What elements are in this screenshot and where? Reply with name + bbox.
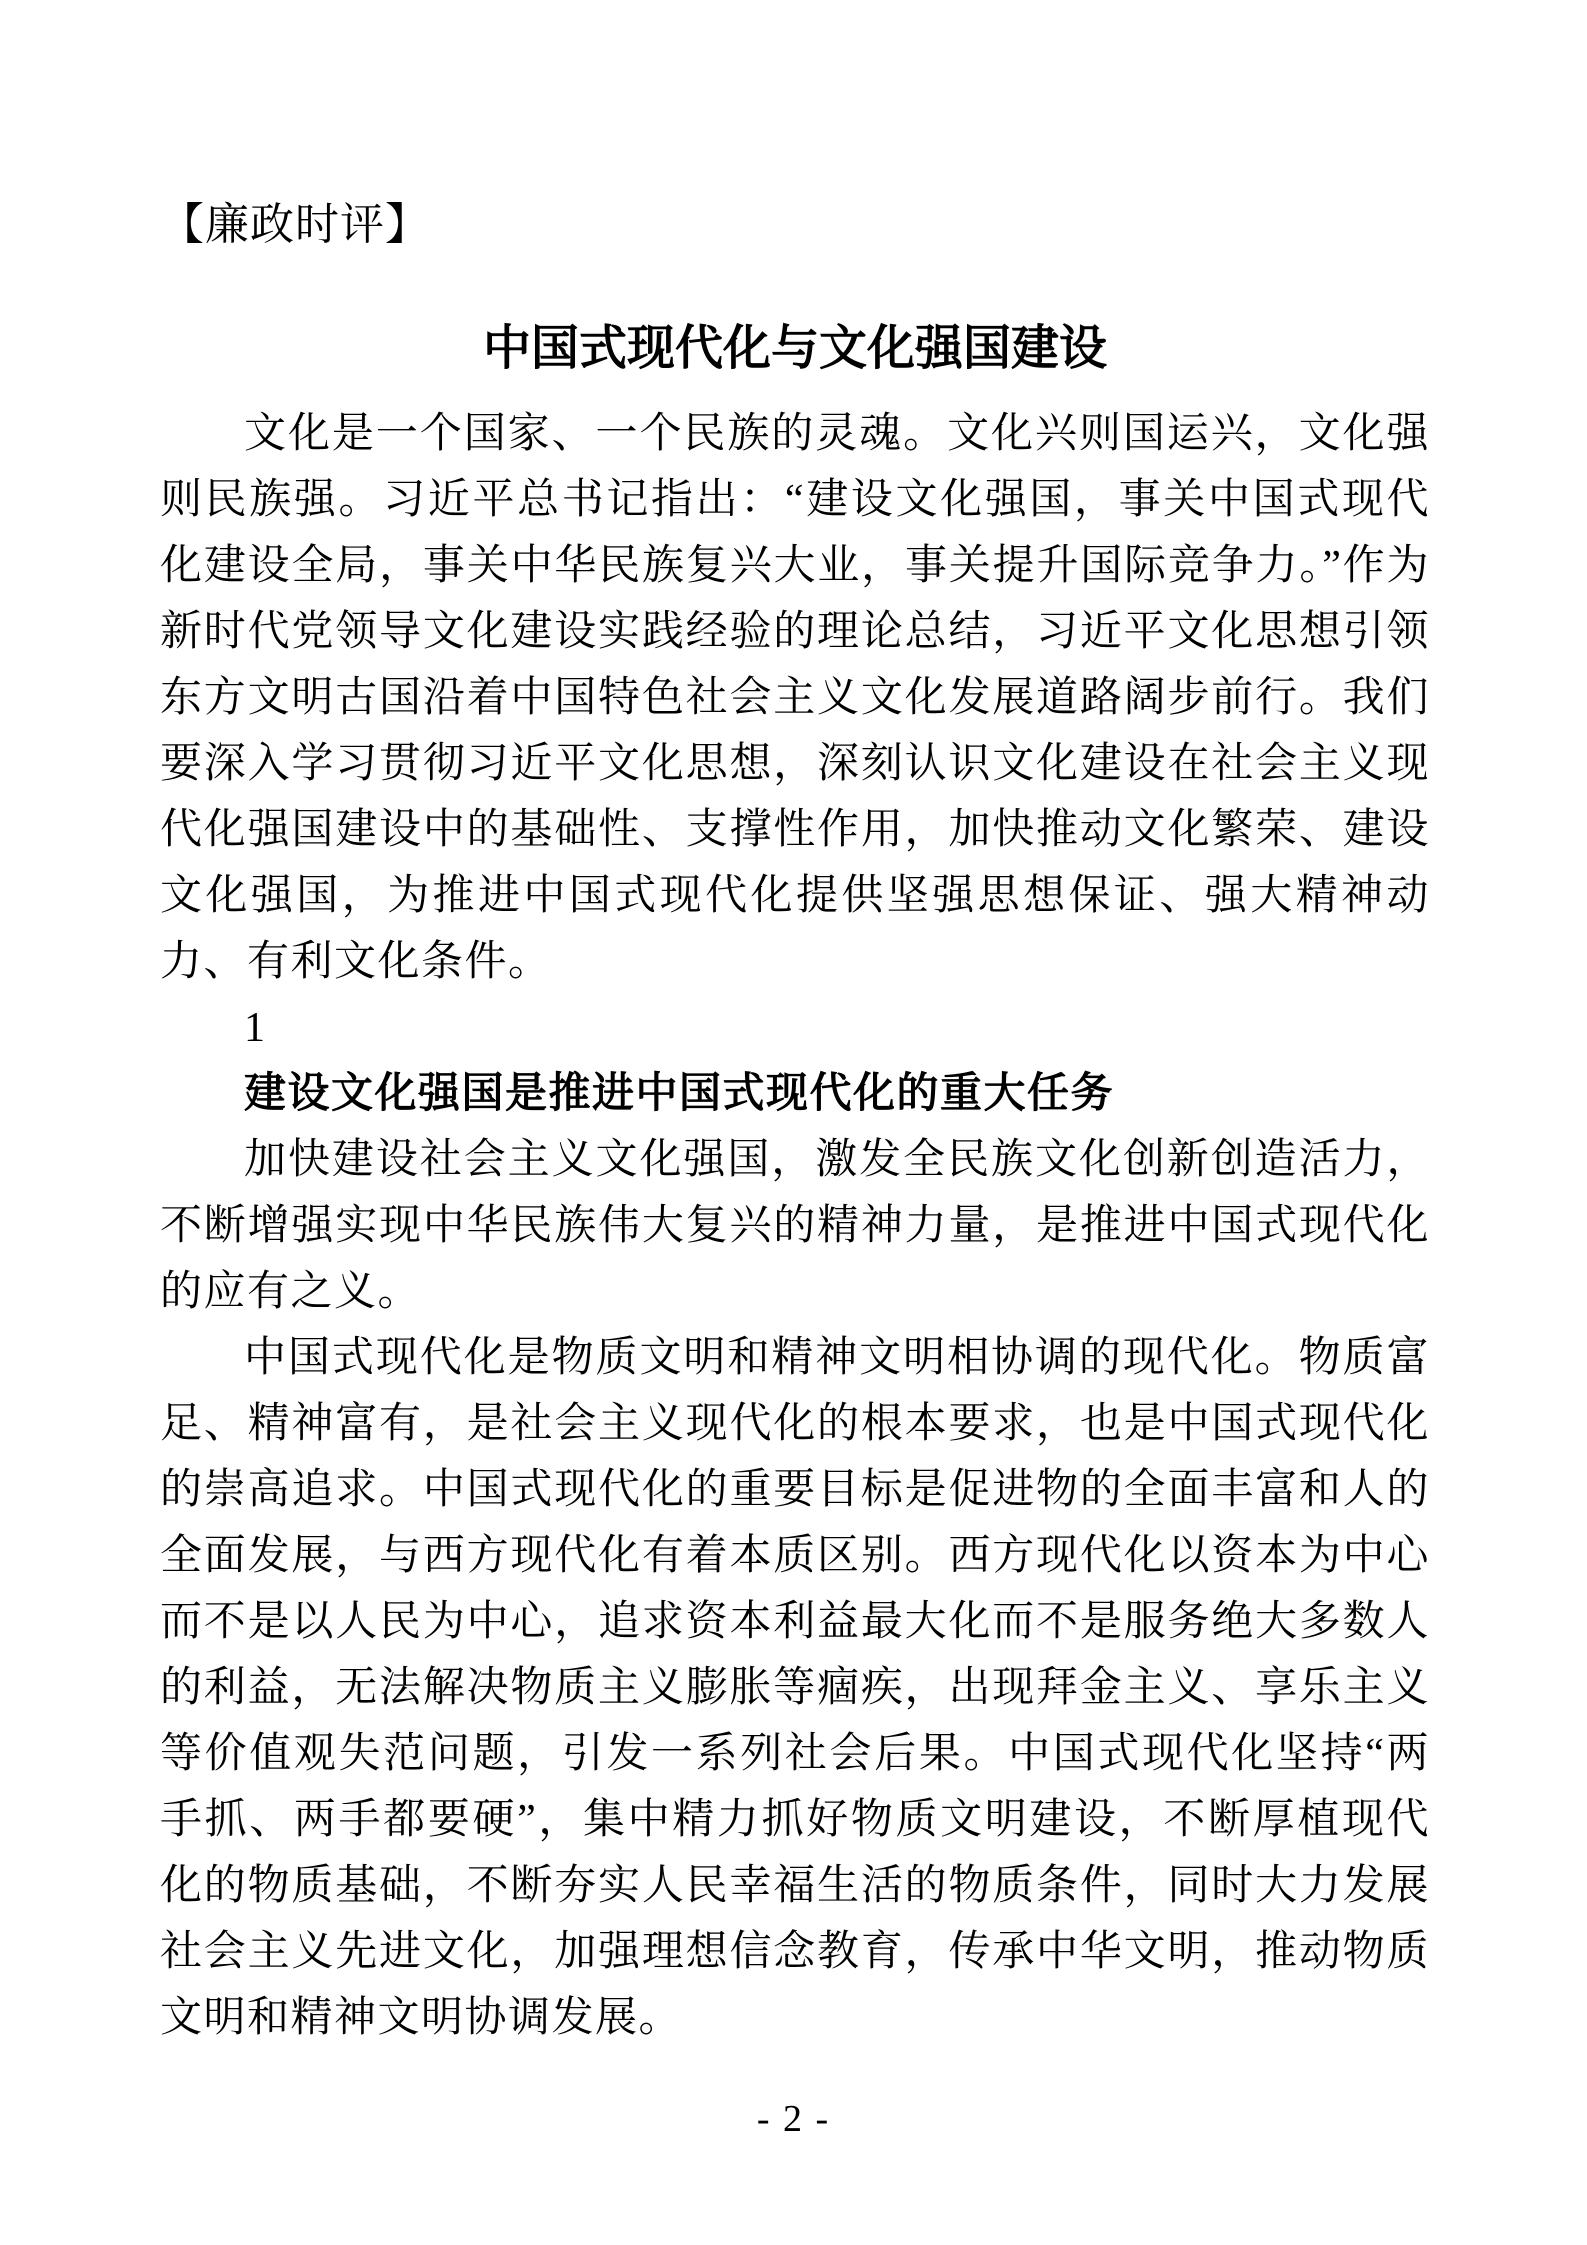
page-content: 【廉政时评】 中国式现代化与文化强国建设 文化是一个国家、一个民族的灵魂。文化兴… [160, 196, 1430, 2051]
intro-paragraph: 文化是一个国家、一个民族的灵魂。文化兴则国运兴，文化强则民族强。习近平总书记指出… [160, 401, 1430, 995]
section-heading: 建设文化强国是推进中国式现代化的重大任务 [160, 1061, 1430, 1127]
page-number: - 2 - [0, 2097, 1587, 2141]
section-paragraph-2: 中国式现代化是物质文明和精神文明相协调的现代化。物质富足、精神富有，是社会主义现… [160, 1325, 1430, 2051]
article-title: 中国式现代化与文化强国建设 [160, 319, 1430, 379]
section-paragraph-1: 加快建设社会主义文化强国，激发全民族文化创新创造活力，不断增强实现中华民族伟大复… [160, 1127, 1430, 1325]
section-number: 1 [160, 995, 1430, 1061]
document-page: 【廉政时评】 中国式现代化与文化强国建设 文化是一个国家、一个民族的灵魂。文化兴… [0, 0, 1587, 2245]
column-tag: 【廉政时评】 [160, 196, 1430, 253]
